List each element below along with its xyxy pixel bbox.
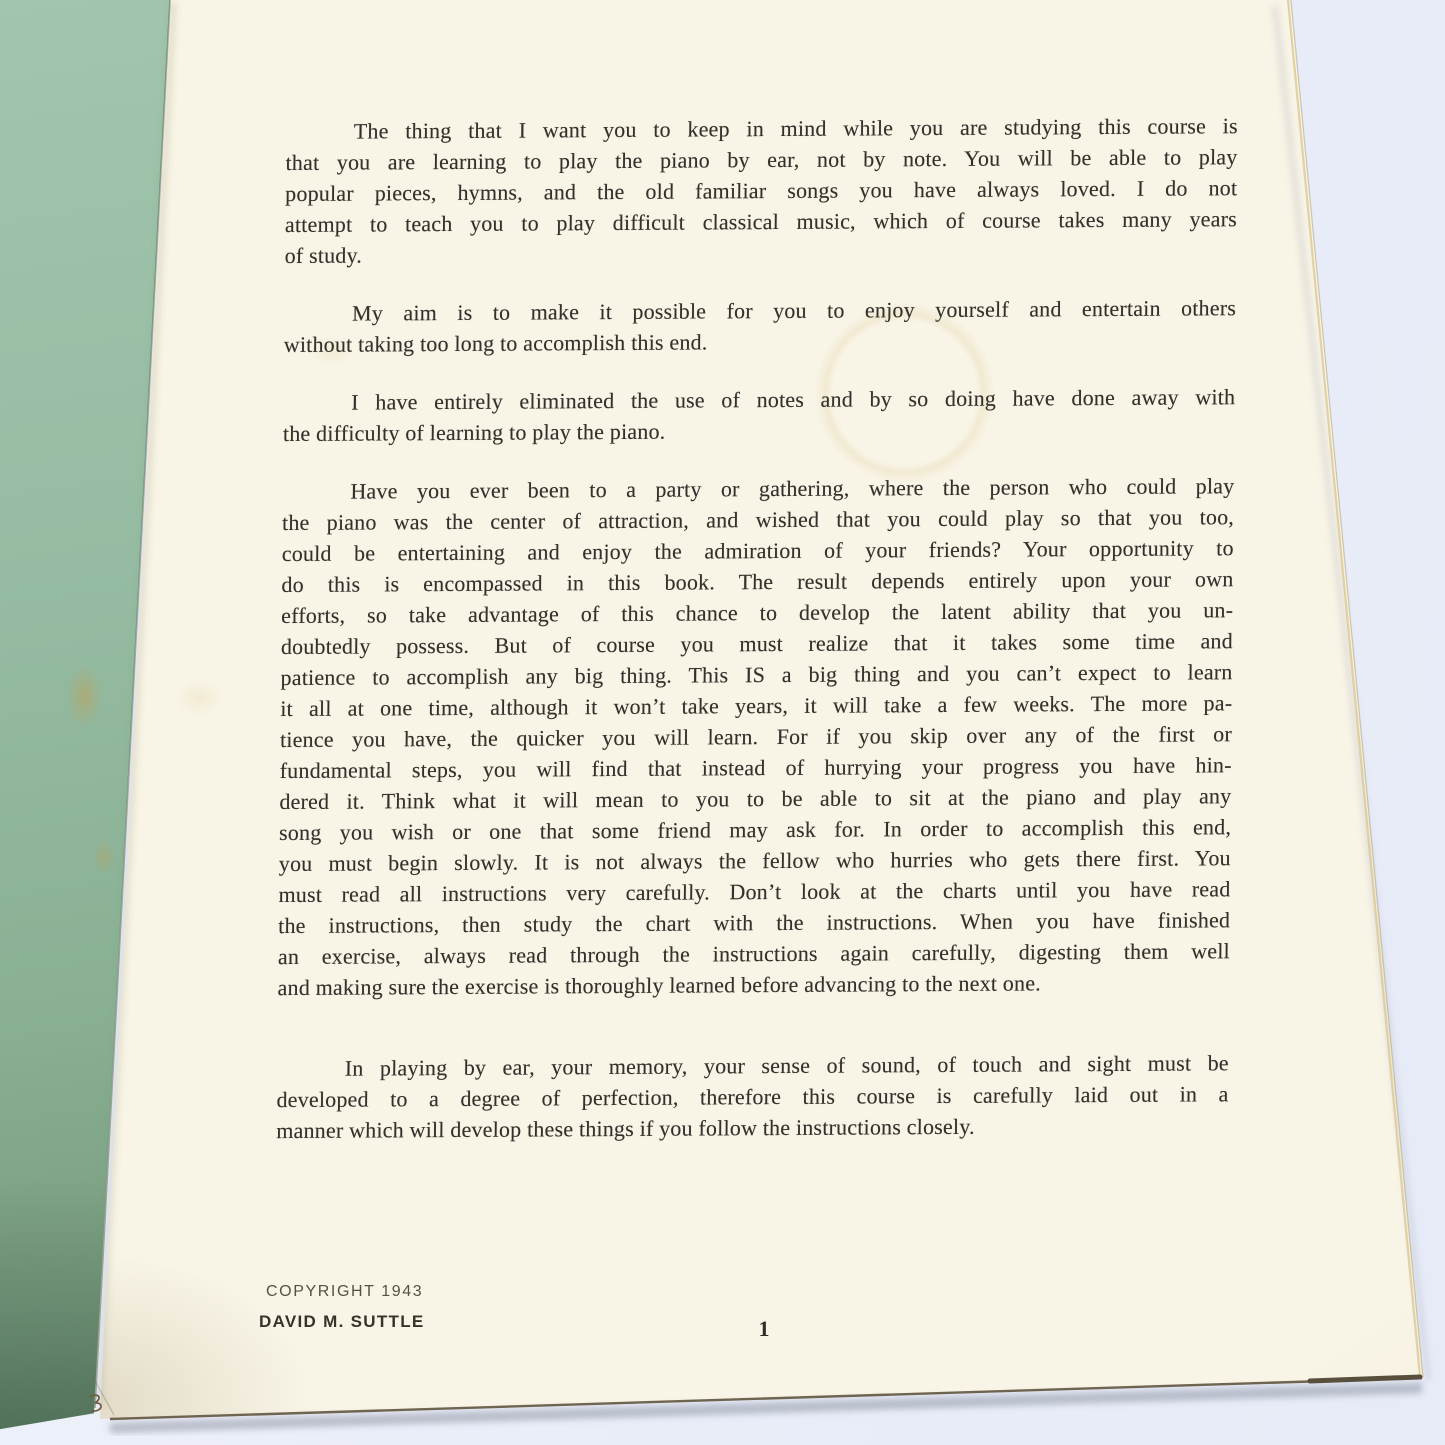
page-text-block: The thing that I want you to keep in min… xyxy=(276,110,1238,1173)
paragraph: The thing that I want you to keep in min… xyxy=(285,110,1238,271)
text-line: I have entirely eliminated the use of no… xyxy=(283,381,1235,418)
text-line: attempt to teach you to play difficult c… xyxy=(285,203,1237,240)
text-line: manner which will develop these things i… xyxy=(276,1109,1228,1146)
book-photo: The thing that I want you to keep in min… xyxy=(0,0,1445,1445)
footer-copyright: COPYRIGHT 1943 xyxy=(266,1283,423,1301)
text-line: and making sure the exercise is thorough… xyxy=(277,966,1229,1003)
footer-author: DAVID M. SUTTLE xyxy=(259,1312,425,1332)
text-line: My aim is to make it possible for you to… xyxy=(284,292,1236,329)
text-line: an exercise, always read through the ins… xyxy=(278,935,1230,972)
paragraph: My aim is to make it possible for you to… xyxy=(284,292,1237,360)
text-line: the difficulty of learning to play the p… xyxy=(283,412,1235,449)
text-line: of study. xyxy=(285,234,1237,271)
text-line: developed to a degree of perfection, the… xyxy=(276,1078,1228,1115)
paragraph: In playing by ear, your memory, your sen… xyxy=(276,1047,1229,1146)
paragraph: Have you ever been to a party or gatheri… xyxy=(277,470,1234,1003)
page-number: 1 xyxy=(748,1316,780,1342)
text-line: without taking too long to accomplish th… xyxy=(284,323,1236,360)
paragraph: I have entirely eliminated the use of no… xyxy=(283,381,1236,449)
